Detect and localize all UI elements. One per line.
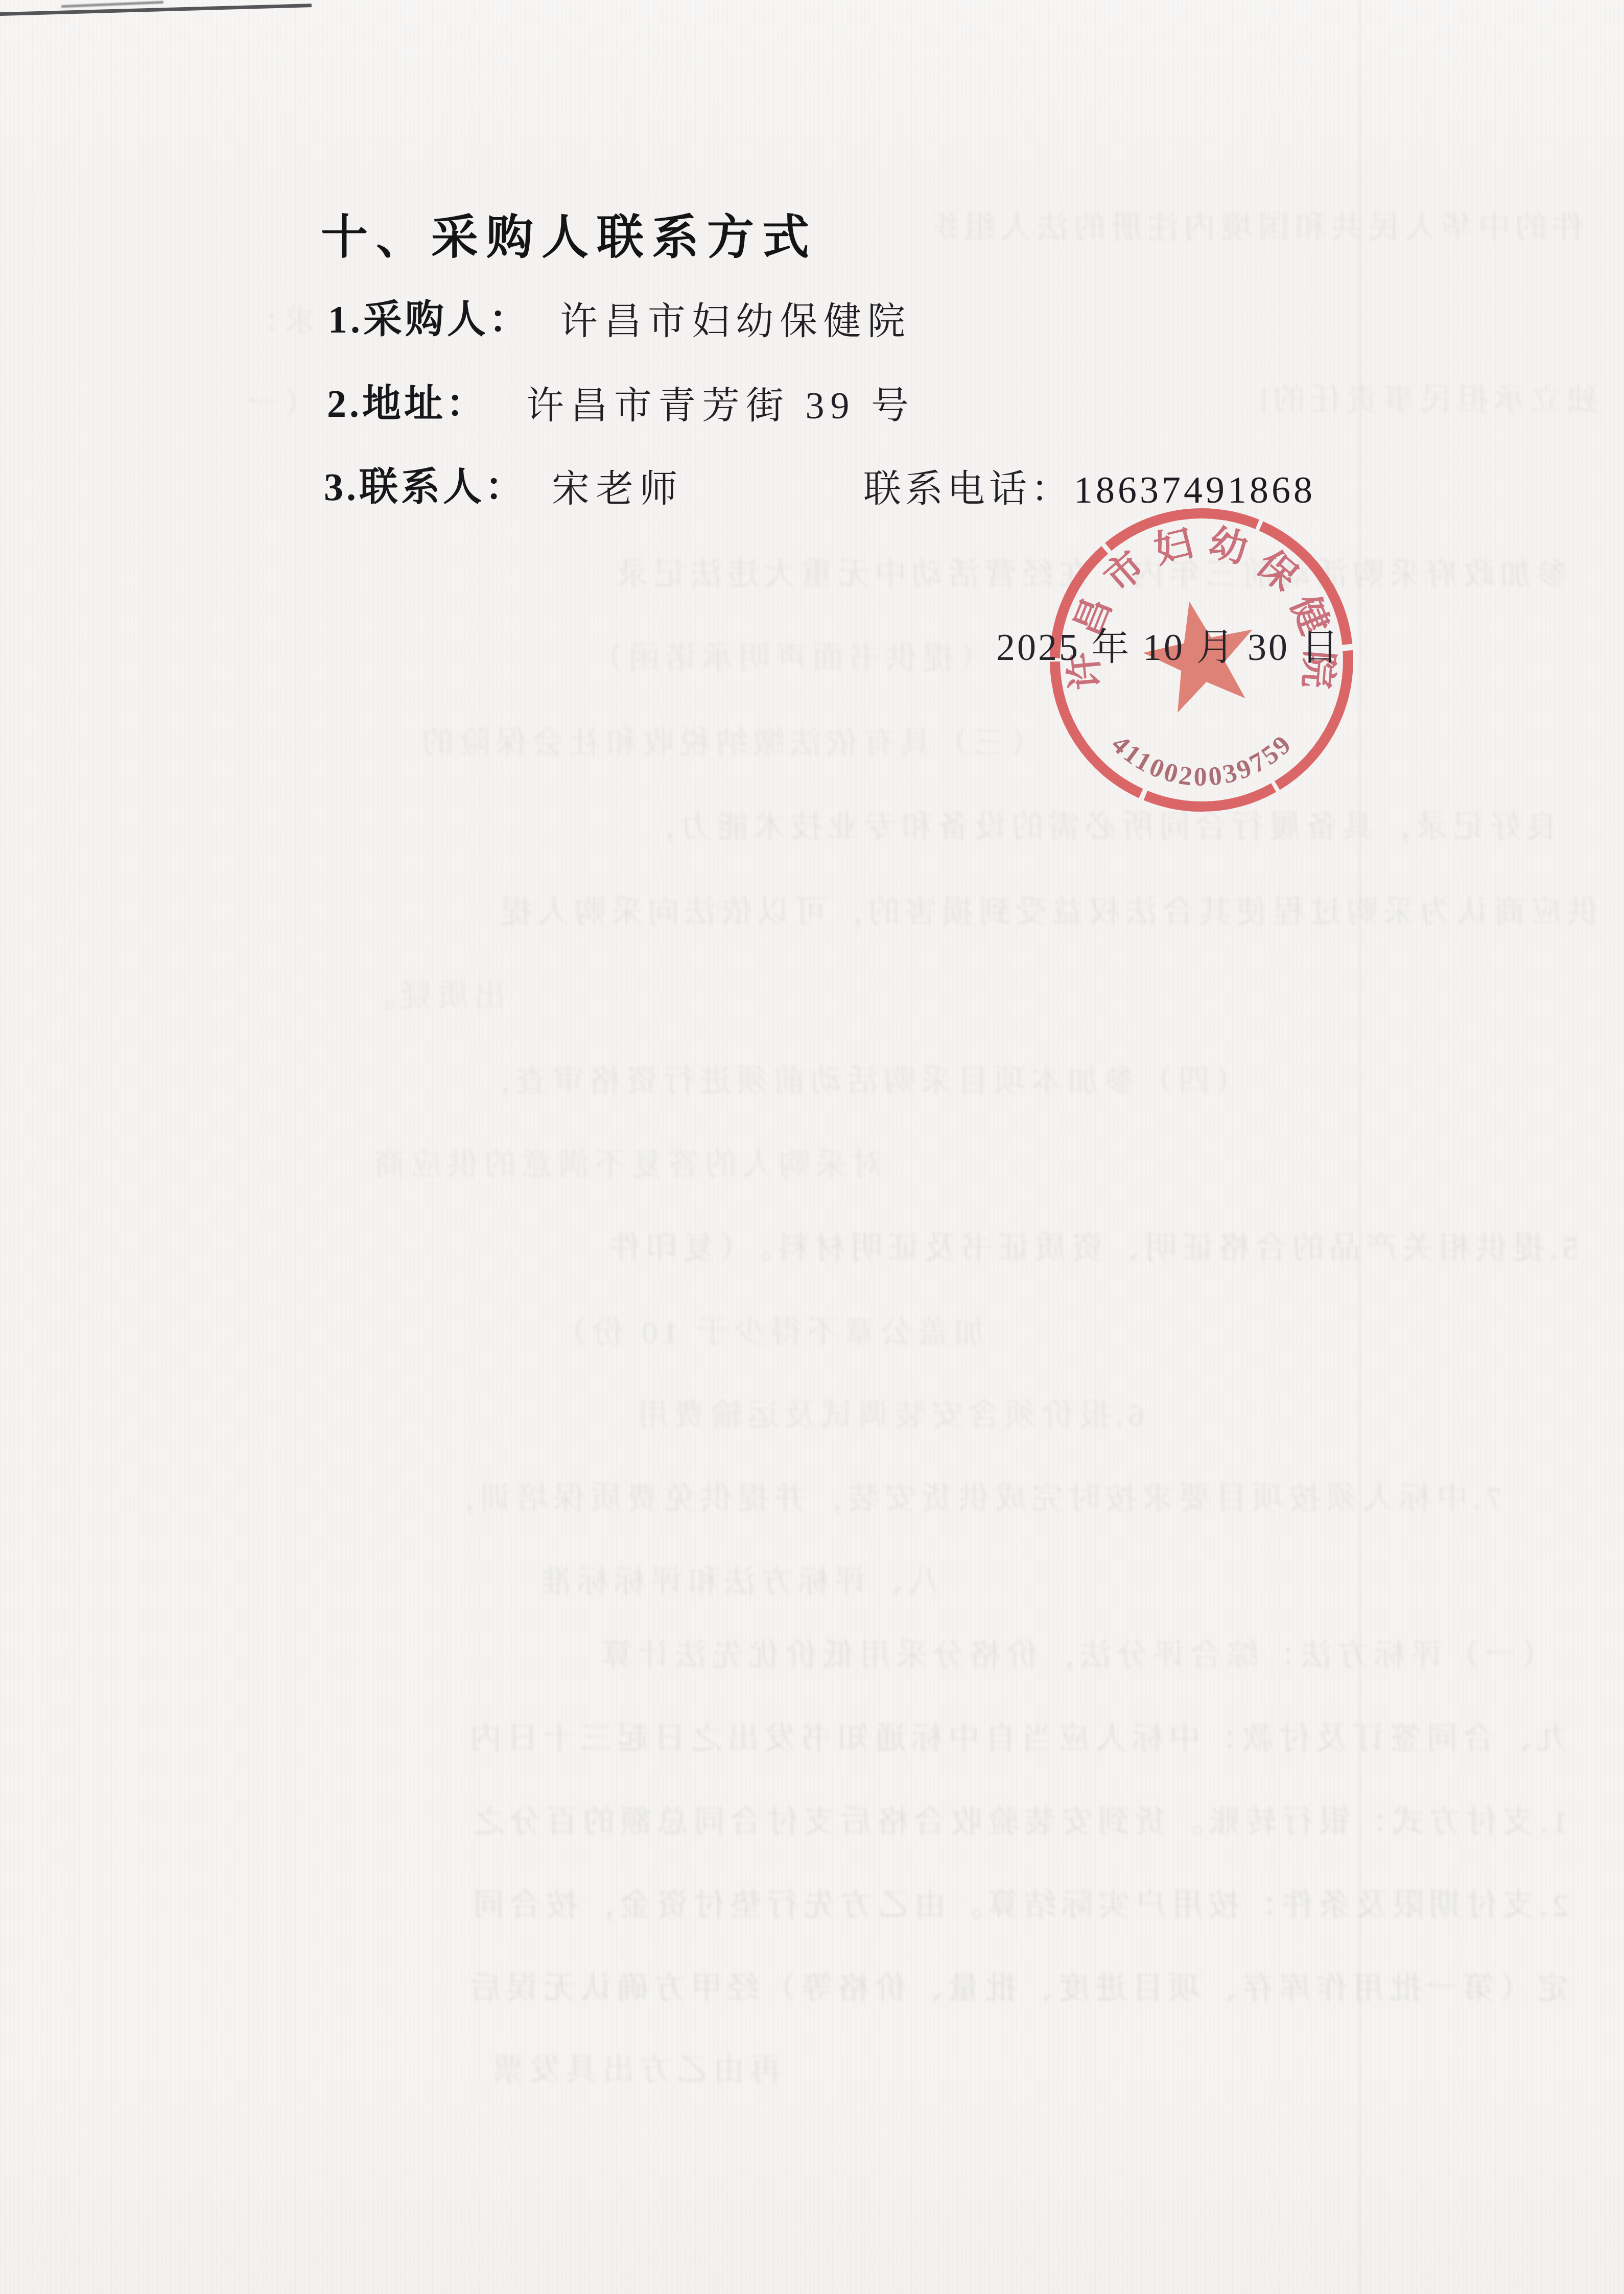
bleed-through-line: 对采购人的答复不满意的供应商 [220,1149,884,1181]
phone-number: 18637491868 [1074,470,1315,511]
scan-streak [1359,0,1361,2294]
bleed-through-line: （提供书面声明承诺函） [480,643,991,674]
bleed-through-line: 5.提供相关产品的合格证明、资质证书及证明材料。（复印件 [327,1233,1579,1264]
bleed-through-line: 1.支付方式：银行转账。货到安装验收合格后支付合同总额的百分之 [220,1806,1568,1838]
bleed-through-line: 再由乙方出具发票 [220,2054,782,2086]
scan-edge-artifact [0,4,312,16]
scanned-document-page: 件的中华人民共和国境内注册的法人组织或 求： （一 独立承担民事责任的能 参加政… [0,0,1624,2294]
section-heading: 十、采购人联系方式 [321,212,817,264]
address-value: 许昌市青芳街 39 号 [526,386,915,427]
bleed-through-line: 八、评标方法和评标标准 [327,1566,940,1598]
bleed-through-line: 6.报价须含安装调试及运输费用 [480,1400,1144,1431]
scan-edge-artifact2 [61,1,163,8]
bleed-through-line: （一）评标方法：综合评分法，价格分采用低价优先法计算 [327,1640,1553,1671]
bleed-through-line: 九、合同签订及付款：中标人应当自中标通知书发出之日起三十日内 [220,1723,1568,1755]
contact-person-label: 3.联系人： [324,466,527,509]
bleed-through-line: （四）参加本项目采购活动前须进行资格审查， [327,1066,1246,1097]
bleed-through-line: （三）具有依法缴纳税收和社会保险的 [327,727,1042,759]
bleed-through-line: 参加政府采购活动前三年内，在经营活动中无重大违法记录 [240,559,1568,590]
purchaser-value: 许昌市妇幼保健院 [560,301,911,343]
bleed-through-line: 件的中华人民共和国境内注册的法人组织或 [935,212,1584,244]
contact-person-value: 宋老师 [552,469,684,510]
phone-label: 联系电话： [863,469,1073,510]
bleed-through-line: （一 [219,388,316,420]
bleed-through-line: 供应商认为采购过程使其合法权益受到损害的，可以依法向采购人提 [220,896,1599,928]
bleed-through-line: 定（第一批用作库存、项目进度、批量、价格等）经甲方确认无误后 [220,1973,1568,2004]
bleed-through-line: 7.中标人须按项目要求按时完成供货安装，并提供免费质保培训， [327,1483,1502,1515]
bleed-through-line: 2.支付期限及条件：按用户实际结算。由乙方先行垫付资金，按合同 [220,1889,1568,1921]
seal-serial-number: 4110020039759 [1106,730,1297,792]
purchaser-label: 1.采购人： [328,299,531,342]
bleed-through-line: 独立承担民事责任的能 [1262,384,1599,416]
bleed-through-line: 求： [219,305,316,337]
document-date: 2025 年 10 月 30 日 [996,627,1341,669]
bleed-through-line: 加盖公章不得少于 10 份） [220,1317,986,1349]
bleed-through-line: 出质疑。 [220,981,506,1012]
address-label: 2.地址： [327,383,488,426]
